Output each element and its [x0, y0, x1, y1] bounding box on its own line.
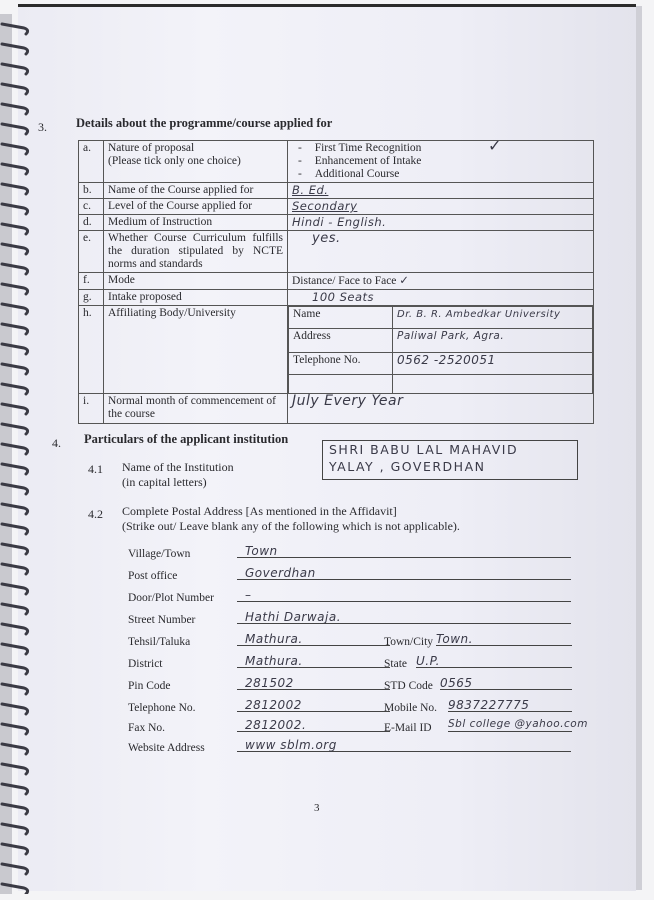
- email-label: E-Mail ID: [384, 722, 432, 734]
- state-field[interactable]: U.P.: [416, 654, 572, 668]
- pin-label: Pin Code: [128, 680, 171, 692]
- option-additional[interactable]: Additional Course: [292, 168, 589, 181]
- label-text: Name of the Institution: [122, 460, 234, 475]
- tehsil-field[interactable]: Mathura.: [237, 632, 390, 646]
- course-name-value[interactable]: B. Ed.: [288, 183, 594, 199]
- row-letter: c.: [79, 199, 104, 215]
- institution-name-box[interactable]: SHRI BABU LAL MAHAVID YALAY , GOVERDHAN: [322, 440, 578, 480]
- university-phone-value[interactable]: 0562 -2520051: [393, 353, 593, 375]
- table-row: c. Level of the Course applied for Secon…: [79, 199, 594, 215]
- proposal-options: First Time Recognition Enhancement of In…: [288, 141, 594, 183]
- table-row: d. Medium of Instruction Hindi - English…: [79, 215, 594, 231]
- option-first-time[interactable]: First Time Recognition: [292, 142, 589, 155]
- page-edge: [636, 6, 642, 890]
- village-town-label: Village/Town: [128, 548, 190, 560]
- row-letter: a.: [79, 141, 104, 183]
- programme-details-table: a. Nature of proposal (Please tick only …: [78, 140, 594, 424]
- course-level-value[interactable]: Secondary: [288, 199, 594, 215]
- commencement-value[interactable]: July Every Year: [288, 393, 594, 423]
- q42-number: 4.2: [88, 507, 103, 522]
- option-enhancement[interactable]: Enhancement of Intake: [292, 155, 589, 168]
- university-phone-label: Telephone No.: [289, 353, 393, 375]
- fax-label: Fax No.: [128, 722, 165, 734]
- label-subtext: (Please tick only one choice): [108, 155, 283, 168]
- row-letter: f.: [79, 273, 104, 290]
- institution-name-line1: SHRI BABU LAL MAHAVID: [329, 441, 577, 458]
- telephone-field[interactable]: 2812002: [237, 698, 390, 712]
- row-letter: b.: [79, 183, 104, 199]
- tick-mark-icon: ✓: [399, 273, 409, 287]
- label-text: Nature of proposal: [108, 142, 283, 155]
- table-row: g. Intake proposed 100 Seats: [79, 290, 594, 306]
- table-row: b. Name of the Course applied for B. Ed.: [79, 183, 594, 199]
- row-letter: i.: [79, 393, 104, 423]
- university-address-label: Address: [289, 329, 393, 353]
- district-field[interactable]: Mathura.: [237, 654, 390, 668]
- district-label: District: [128, 658, 163, 670]
- label-text: Complete Postal Address [As mentioned in…: [122, 504, 460, 519]
- website-label: Website Address: [128, 742, 205, 754]
- mobile-label: Mobile No.: [384, 702, 437, 714]
- curriculum-value[interactable]: yes.: [288, 231, 594, 273]
- town-city-label: Town/City: [384, 636, 433, 648]
- mode-text: Distance/ Face to Face: [292, 275, 396, 287]
- q42-label: Complete Postal Address [As mentioned in…: [122, 504, 460, 534]
- post-office-field[interactable]: Goverdhan: [237, 566, 571, 580]
- row-label: Medium of Instruction: [104, 215, 288, 231]
- table-row: f. Mode Distance/ Face to Face ✓: [79, 273, 594, 290]
- q41-number: 4.1: [88, 462, 103, 477]
- university-name-value[interactable]: Dr. B. R. Ambedkar University: [393, 307, 593, 329]
- town-city-field[interactable]: Town.: [436, 632, 572, 646]
- q41-label: Name of the Institution (in capital lett…: [122, 460, 234, 490]
- row-label: Name of the Course applied for: [104, 183, 288, 199]
- tehsil-label: Tehsil/Taluka: [128, 636, 190, 648]
- university-address-value[interactable]: Paliwal Park, Agra.: [393, 329, 593, 353]
- row-label: Nature of proposal (Please tick only one…: [104, 141, 288, 183]
- section-4-number: 4.: [52, 436, 61, 451]
- table-row: a. Nature of proposal (Please tick only …: [79, 141, 594, 183]
- door-plot-label: Door/Plot Number: [128, 592, 214, 604]
- street-field[interactable]: Hathi Darwaja.: [237, 610, 571, 624]
- door-plot-field[interactable]: –: [237, 588, 571, 602]
- state-label: State: [384, 658, 407, 670]
- affiliating-body-cell: Name Dr. B. R. Ambedkar University Addre…: [288, 306, 594, 394]
- university-name-label: Name: [289, 307, 393, 329]
- tick-mark-icon: ✓: [488, 139, 502, 152]
- telephone-label: Telephone No.: [128, 702, 196, 714]
- institution-name-line2: YALAY , GOVERDHAN: [329, 458, 577, 475]
- row-label: Intake proposed: [104, 290, 288, 306]
- intake-value[interactable]: 100 Seats: [288, 290, 594, 306]
- row-letter: g.: [79, 290, 104, 306]
- page-number: 3: [314, 802, 320, 814]
- section-3-title: Details about the programme/course appli…: [76, 116, 332, 131]
- email-field[interactable]: Sbl college @yahoo.com: [448, 718, 572, 732]
- street-label: Street Number: [128, 614, 195, 626]
- medium-value[interactable]: Hindi - English.: [288, 215, 594, 231]
- row-letter: e.: [79, 231, 104, 273]
- row-label: Normal month of commencement of the cour…: [104, 393, 288, 423]
- table-row: e. Whether Course Curriculum fulfills th…: [79, 231, 594, 273]
- std-label: STD Code: [384, 680, 433, 692]
- mode-value[interactable]: Distance/ Face to Face ✓: [288, 273, 594, 290]
- row-letter: h.: [79, 306, 104, 394]
- table-row: h. Affiliating Body/University Name Dr. …: [79, 306, 594, 394]
- row-letter: d.: [79, 215, 104, 231]
- row-label: Level of the Course applied for: [104, 199, 288, 215]
- section-4-title: Particulars of the applicant institution: [84, 432, 288, 447]
- mobile-field[interactable]: 9837227775: [448, 698, 572, 712]
- website-field[interactable]: www sblm.org: [237, 738, 571, 752]
- village-town-field[interactable]: Town: [237, 544, 571, 558]
- label-subtext: (Strike out/ Leave blank any of the foll…: [122, 519, 460, 534]
- std-field[interactable]: 0565: [440, 676, 572, 690]
- table-row: i. Normal month of commencement of the c…: [79, 393, 594, 423]
- fax-field[interactable]: 2812002.: [237, 718, 390, 732]
- row-label: Whether Course Curriculum fulfills the d…: [104, 231, 288, 273]
- pin-field[interactable]: 281502: [237, 676, 390, 690]
- spiral-binding: [0, 14, 32, 894]
- section-3-number: 3.: [38, 120, 47, 135]
- label-subtext: (in capital letters): [122, 475, 234, 490]
- row-label: Affiliating Body/University: [104, 306, 288, 394]
- post-office-label: Post office: [128, 570, 177, 582]
- row-label: Mode: [104, 273, 288, 290]
